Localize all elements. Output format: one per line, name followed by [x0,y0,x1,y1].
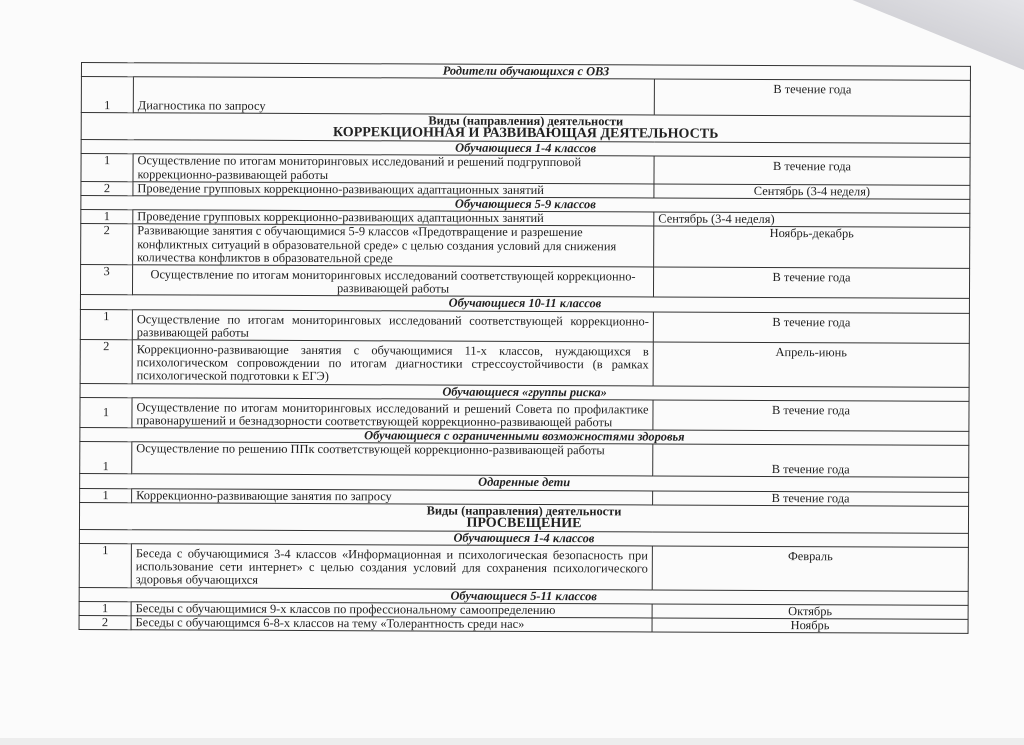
table-row: 2 Коррекционно-развивающие занятия с обу… [80,340,969,387]
row-number: 1 [80,397,132,428]
row-number: 2 [81,181,133,195]
row-term: Апрель-июнь [653,342,969,387]
row-activity: Диагностика по запросу [133,77,654,115]
row-term: В течение года [653,267,969,299]
table-row: 3 Осуществление по итогам мониторинговых… [80,265,969,299]
row-activity: Беседы с обучающимся 6-8-х классов на те… [131,616,652,632]
row-term: Сентябрь (3-4 неделя) [654,212,970,228]
row-activity: Коррекционно-развивающие занятия по запр… [132,488,653,504]
page-bottom-edge [0,738,1024,745]
row-term: В течение года [653,491,969,507]
section-heading: Виды (направления) деятельности ПРОСВЕЩЕ… [79,502,968,533]
row-number: 2 [79,616,131,630]
row-number: 2 [80,340,132,384]
row-number: 1 [80,442,132,474]
scanned-page: Родители обучающихся с ОВЗ 1 Диагностика… [79,62,970,634]
row-term: Ноябрь-декабрь [654,226,970,268]
table-row: 1 Диагностика по запросу В течение года [81,77,970,117]
row-activity: Коррекционно-развивающие занятия с обуча… [132,340,653,386]
row-term: Февраль [652,546,968,591]
row-activity: Осуществление по итогам мониторинговых и… [132,309,653,342]
row-activity: Развивающие занятия с обучающимися 5-9 к… [133,224,654,267]
row-term: В течение года [653,444,969,477]
table-row: 1 Осуществление по итогам мониторинговых… [81,154,970,185]
row-activity: Осуществление по итогам мониторинговых и… [132,265,653,298]
row-activity: Проведение групповых коррекционно-развив… [133,182,654,198]
row-activity: Осуществление по итогам мониторинговых и… [132,398,653,431]
table-row: 1 Осуществление по итогам мониторинговых… [80,309,969,343]
row-term: Сентябрь (3-4 неделя) [654,184,970,200]
row-number: 3 [80,265,132,296]
table-row: 1 Осуществление по решению ППк соответст… [80,442,969,478]
row-term: В течение года [654,79,970,116]
row-activity: Беседа с обучающимися 3-4 классов «Инфор… [131,544,652,590]
plan-table: Родители обучающихся с ОВЗ 1 Диагностика… [79,62,971,634]
row-term: Ноябрь [652,618,968,634]
page-fold-shadow [804,0,1024,70]
table-row: 1 Беседа с обучающимися 3-4 классов «Инф… [79,544,968,591]
row-number: 2 [81,224,133,265]
table-row: 2 Развивающие занятия с обучающимися 5-9… [81,224,970,268]
row-number: 1 [79,544,131,588]
row-activity: Осуществление по итогам мониторинговых и… [133,154,654,184]
row-number: 1 [81,154,133,182]
table-row: 1 Осуществление по итогам мониторинговых… [80,397,969,431]
row-number: 1 [80,488,132,502]
row-term: В течение года [654,156,970,185]
row-term: Октябрь [652,604,968,620]
table-row: 2 Беседы с обучающимся 6-8-х классов на … [79,616,968,634]
row-number: 1 [81,210,133,224]
row-number: 1 [80,309,132,340]
row-number: 1 [79,601,131,615]
section-heading: Виды (направления) деятельности КОРРЕКЦИ… [81,113,970,144]
row-activity: Осуществление по решению ППк соответству… [132,442,653,476]
section-heading-row: Виды (направления) деятельности КОРРЕКЦИ… [81,113,970,144]
row-term: В течение года [653,312,969,344]
section-heading-row: Виды (направления) деятельности ПРОСВЕЩЕ… [79,502,968,533]
row-number: 1 [81,77,133,113]
row-term: В течение года [653,400,969,432]
